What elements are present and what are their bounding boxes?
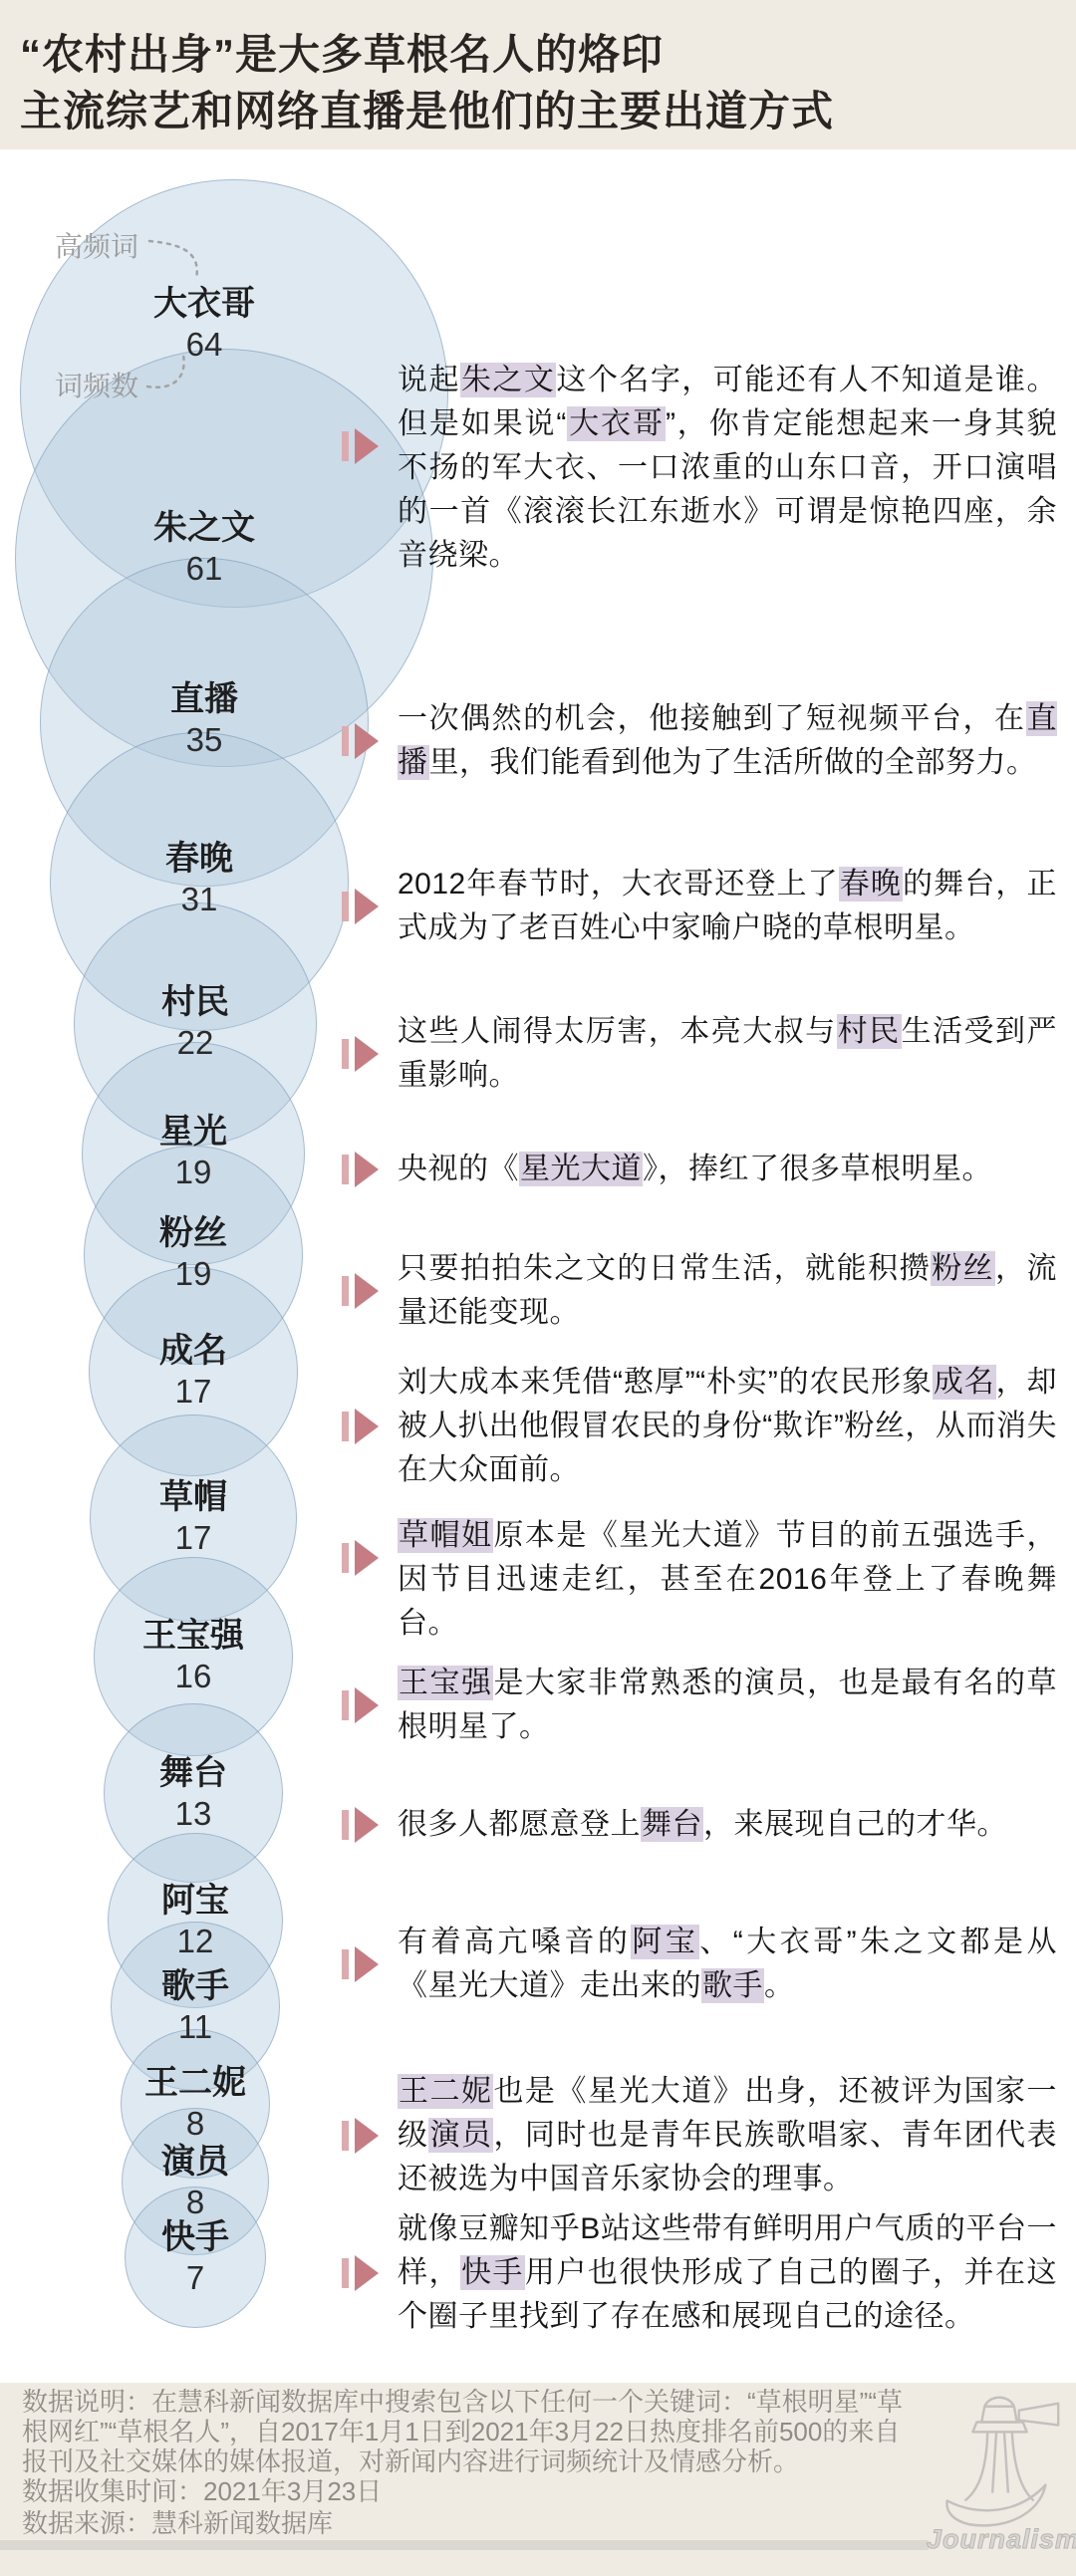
marker-triangle-icon [355, 1273, 379, 1309]
marker-triangle-icon [355, 1540, 379, 1576]
footer-text: 在慧科新闻数据库中搜索包含以下任何一个关键词：“草根明星”“草根网红”“草根名人… [22, 2387, 903, 2476]
text-segment: 有着高亢嗓音的 [398, 1926, 631, 1958]
marker-bar [342, 1810, 349, 1840]
story-block: 央视的《星光大道》，捧红了很多草根明星。 [342, 1148, 1056, 1191]
bubble-count: 11 [161, 2007, 229, 2047]
story-block: 一次偶然的机会，他接触到了短视频平台，在直播里，我们能看到他为了生活所做的全部努… [342, 697, 1056, 785]
bubble-count: 61 [153, 549, 255, 589]
highlighted-keyword: 演员 [428, 2118, 493, 2153]
highlighted-keyword: 大衣哥 [567, 406, 666, 441]
highlighted-keyword: 粉丝 [931, 1251, 995, 1286]
bubble-count: 17 [159, 1372, 227, 1412]
story-text: 只要拍拍朱之文的日常生活，就能积攒粉丝，流量还能变现。 [398, 1247, 1057, 1335]
story-block: 草帽姐原本是《星光大道》节目的前五强选手，因节目迅速走红，甚至在2016年登上了… [342, 1514, 1056, 1602]
bubble-word: 草帽 [159, 1476, 227, 1518]
highlighted-keyword: 快手 [460, 2255, 525, 2290]
play-marker-icon [342, 1946, 384, 1982]
story-text: 刘大成本来凭借“憨厚”“朴实”的农民形象成名，却被人扒出他假冒农民的身份“欺诈”… [398, 1361, 1057, 1492]
story-text: 很多人都愿意登上舞台，来展现自己的才华。 [398, 1803, 1057, 1847]
footer-label: 数据来源： [22, 2508, 151, 2538]
text-segment: 央视的《 [398, 1153, 519, 1185]
bubble-word: 快手 [161, 2216, 229, 2258]
bubble-word: 春晚 [165, 838, 233, 880]
bubble-count: 17 [159, 1518, 227, 1558]
bubble-label: 星光19 [159, 1111, 227, 1192]
story-block: 有着高亢嗓音的阿宝、“大衣哥”朱之文都是从《星光大道》走出来的歌手。 [342, 1921, 1056, 2008]
story-text: 说起朱之文这个名字，可能还有人不知道是谁。但是如果说“大衣哥”，你肯定能想起来一… [398, 359, 1057, 578]
marker-bar [342, 1039, 349, 1069]
infographic-canvas: “农村出身”是大多草根名人的烙印 主流综艺和网络直播是他们的主要出道方式 大衣哥… [0, 0, 1076, 2576]
marker-bar [342, 1412, 349, 1441]
marker-bar [342, 1949, 349, 1979]
text-segment: 刘大成本来凭借“憨厚”“朴实”的农民形象 [398, 1366, 933, 1399]
highlighted-keyword: 星光大道 [519, 1152, 643, 1186]
marker-triangle-icon [355, 1807, 379, 1843]
text-segment: 。 [764, 1969, 795, 2002]
bubble-count: 19 [159, 1254, 227, 1294]
marker-bar [342, 1543, 349, 1573]
bubble-word: 村民 [161, 981, 229, 1023]
bubble-count: 19 [159, 1153, 227, 1192]
story-block: 王二妮也是《星光大道》出身，还被评为国家一级演员，同时也是青年民族歌唱家、青年团… [342, 2070, 1056, 2201]
lighthouse-gallery [972, 2423, 1026, 2433]
highlighted-keyword: 草帽姐 [398, 1518, 493, 1553]
connector-curve-word [149, 241, 197, 279]
play-marker-icon [342, 2118, 384, 2154]
lighthouse-dome [984, 2398, 1014, 2407]
lighthouse-tower [965, 2432, 1034, 2500]
bubble-word: 王二妮 [144, 2062, 246, 2104]
play-marker-icon [342, 1409, 384, 1444]
legend-connector-lines [0, 149, 418, 448]
marker-triangle-icon [355, 889, 379, 924]
marker-triangle-icon [355, 1687, 379, 1723]
bubble-count: 31 [165, 880, 233, 919]
story-text: 2012年春节时，大衣哥还登上了春晚的舞台，正式成为了老百姓心中家喻户晓的草根明… [398, 863, 1057, 950]
footer-data-source: 数据来源：慧科新闻数据库 [22, 2508, 919, 2538]
marker-triangle-icon [355, 1409, 379, 1444]
marker-bar [342, 1690, 349, 1720]
footer-label: 数据说明： [22, 2387, 151, 2417]
bubble-word: 星光 [159, 1111, 227, 1153]
marker-bar [342, 892, 349, 921]
bubble-count: 35 [170, 720, 238, 760]
footer-text: 慧科新闻数据库 [151, 2508, 333, 2538]
story-text: 央视的《星光大道》，捧红了很多草根明星。 [398, 1148, 1057, 1191]
lighthouse-base-swoosh [946, 2485, 1045, 2526]
lighthouse-lantern [981, 2407, 1017, 2423]
marker-triangle-icon [355, 2255, 379, 2291]
play-marker-icon [342, 723, 384, 759]
bubble-word: 朱之文 [153, 507, 255, 549]
lighthouse-beam [1019, 2404, 1058, 2426]
footer-collect-date: 数据收集时间：2021年3月23日 [22, 2476, 919, 2506]
story-text: 王二妮也是《星光大道》出身，还被评为国家一级演员，同时也是青年民族歌唱家、青年团… [398, 2070, 1057, 2201]
bubble-word: 王宝强 [142, 1615, 244, 1657]
bubble-word: 舞台 [159, 1752, 227, 1794]
story-text: 这些人闹得太厉害，本亮大叔与村民生活受到严重影响。 [398, 1010, 1057, 1098]
play-marker-icon [342, 889, 384, 924]
bubble-word: 粉丝 [159, 1212, 227, 1254]
story-text: 草帽姐原本是《星光大道》节目的前五强选手，因节目迅速走红，甚至在2016年登上了… [398, 1514, 1057, 1646]
highlighted-keyword: 阿宝 [631, 1925, 699, 1959]
bubble-count: 22 [161, 1023, 229, 1063]
play-marker-icon [342, 1807, 384, 1843]
play-marker-icon [342, 1540, 384, 1576]
bubble-word: 成名 [159, 1330, 227, 1372]
bubble-count: 16 [142, 1657, 244, 1696]
story-block: 说起朱之文这个名字，可能还有人不知道是谁。但是如果说“大衣哥”，你肯定能想起来一… [342, 359, 1056, 534]
footer-data-note: 数据说明：在慧科新闻数据库中搜索包含以下任何一个关键词：“草根明星”“草根网红”… [22, 2387, 919, 2476]
text-segment: ，来展现自己的才华。 [703, 1808, 1007, 1841]
text-segment: 很多人都愿意登上 [398, 1808, 641, 1841]
story-block: 这些人闹得太厉害，本亮大叔与村民生活受到严重影响。 [342, 1010, 1056, 1098]
bubble-word: 演员 [161, 2141, 229, 2183]
marker-bar [342, 726, 349, 756]
highlighted-keyword: 歌手 [701, 1968, 764, 2003]
story-block: 2012年春节时，大衣哥还登上了春晚的舞台，正式成为了老百姓心中家喻户晓的草根明… [342, 863, 1056, 950]
bubble-word: 直播 [170, 678, 238, 720]
highlighted-keyword: 舞台 [641, 1807, 703, 1842]
journalism-lighthouse-logo-icon [935, 2387, 1068, 2532]
text-segment: 只要拍拍朱之文的日常生活，就能积攒 [398, 1252, 931, 1285]
marker-triangle-icon [355, 2118, 379, 2154]
text-segment: 一次偶然的机会，他接触到了短视频平台，在 [398, 702, 1026, 735]
marker-triangle-icon [355, 723, 379, 759]
highlighted-keyword: 王宝强 [398, 1666, 493, 1700]
bubble-label: 粉丝19 [159, 1212, 227, 1294]
marker-bar [342, 1276, 349, 1306]
title-line-1: “农村出身”是大多草根名人的烙印 [20, 26, 1056, 83]
text-segment: 这些人闹得太厉害，本亮大叔与 [398, 1015, 837, 1048]
story-text: 有着高亢嗓音的阿宝、“大衣哥”朱之文都是从《星光大道》走出来的歌手。 [398, 1921, 1057, 2008]
bubble-label: 阿宝12 [161, 1880, 229, 1961]
bubble-label: 演员8 [161, 2141, 229, 2222]
play-marker-icon [342, 1273, 384, 1309]
play-marker-icon [342, 2255, 384, 2291]
bubble-label: 王二妮8 [144, 2062, 246, 2144]
highlighted-keyword: 成名 [933, 1365, 996, 1400]
story-block: 就像豆瓣知乎B站这些带有鲜明用户气质的平台一样，快手用户也很快形成了自己的圈子，… [342, 2207, 1056, 2339]
marker-triangle-icon [355, 1036, 379, 1072]
marker-triangle-icon [355, 1152, 379, 1187]
bubble-label: 村民22 [161, 981, 229, 1063]
footer-text: 2021年3月23日 [203, 2476, 382, 2506]
highlighted-keyword: 春晚 [839, 867, 903, 902]
bubble-word: 阿宝 [161, 1880, 229, 1922]
story-block: 只要拍拍朱之文的日常生活，就能积攒粉丝，流量还能变现。 [342, 1247, 1056, 1335]
text-segment: 2012年春节时，大衣哥还登上了 [398, 868, 839, 901]
story-text: 王宝强是大家非常熟悉的演员，也是最有名的草根明星了。 [398, 1662, 1057, 1749]
story-block: 很多人都愿意登上舞台，来展现自己的才华。 [342, 1803, 1056, 1847]
bubble-label: 草帽17 [159, 1476, 227, 1558]
bubble-count: 13 [159, 1794, 227, 1834]
story-text: 就像豆瓣知乎B站这些带有鲜明用户气质的平台一样，快手用户也很快形成了自己的圈子，… [398, 2207, 1057, 2339]
highlighted-keyword: 朱之文 [460, 363, 556, 397]
bubble-label: 歌手11 [161, 1965, 229, 2047]
text-segment: 》，捧红了很多草根明星。 [643, 1153, 992, 1185]
bubble-label: 成名17 [159, 1330, 227, 1412]
bubble-label: 直播35 [170, 678, 238, 760]
marker-triangle-icon [355, 1946, 379, 1982]
title-line-2: 主流综艺和网络直播是他们的主要出道方式 [20, 83, 1056, 139]
text-segment: 里，我们能看到他为了生活所做的全部努力。 [429, 746, 1037, 779]
bubble-label: 朱之文61 [153, 507, 255, 589]
highlighted-keyword: 村民 [837, 1014, 902, 1049]
marker-bar [342, 1155, 349, 1184]
connector-curve-count [147, 355, 184, 387]
play-marker-icon [342, 1152, 384, 1187]
play-marker-icon [342, 1687, 384, 1723]
story-text: 一次偶然的机会，他接触到了短视频平台，在直播里，我们能看到他为了生活所做的全部努… [398, 697, 1057, 785]
bubble-count: 12 [161, 1922, 229, 1961]
footer-label: 数据收集时间： [22, 2476, 203, 2506]
text-segment: 是大家非常熟悉的演员，也是最有名的草根明星了。 [398, 1667, 1057, 1743]
text-segment: 原本是《星光大道》节目的前五强选手，因节目迅速走红，甚至在2016年登上了春晚舞… [398, 1519, 1057, 1640]
bubble-label: 快手7 [161, 2216, 229, 2298]
highlighted-keyword: 王二妮 [398, 2074, 493, 2109]
marker-bar [342, 2121, 349, 2151]
marker-bar [342, 2258, 349, 2288]
bubble-label: 王宝强16 [142, 1615, 244, 1696]
page-title: “农村出身”是大多草根名人的烙印 主流综艺和网络直播是他们的主要出道方式 [20, 26, 1056, 139]
bubble-word: 歌手 [161, 1965, 229, 2007]
bubble-count: 8 [144, 2104, 246, 2144]
footer-divider-bar [0, 2540, 929, 2550]
story-block: 王宝强是大家非常熟悉的演员，也是最有名的草根明星了。 [342, 1662, 1056, 1749]
play-marker-icon [342, 1036, 384, 1072]
story-block: 刘大成本来凭借“憨厚”“朴实”的农民形象成名，却被人扒出他假冒农民的身份“欺诈”… [342, 1361, 1056, 1492]
bubble-label: 春晚31 [165, 838, 233, 919]
text-segment: ，同时也是青年民族歌唱家、青年团代表还被选为中国音乐家协会的理事。 [398, 2119, 1057, 2195]
bubble-count: 7 [161, 2258, 229, 2298]
bubble-label: 舞台13 [159, 1752, 227, 1834]
journalism-logo-text: Journalism [927, 2524, 1072, 2555]
